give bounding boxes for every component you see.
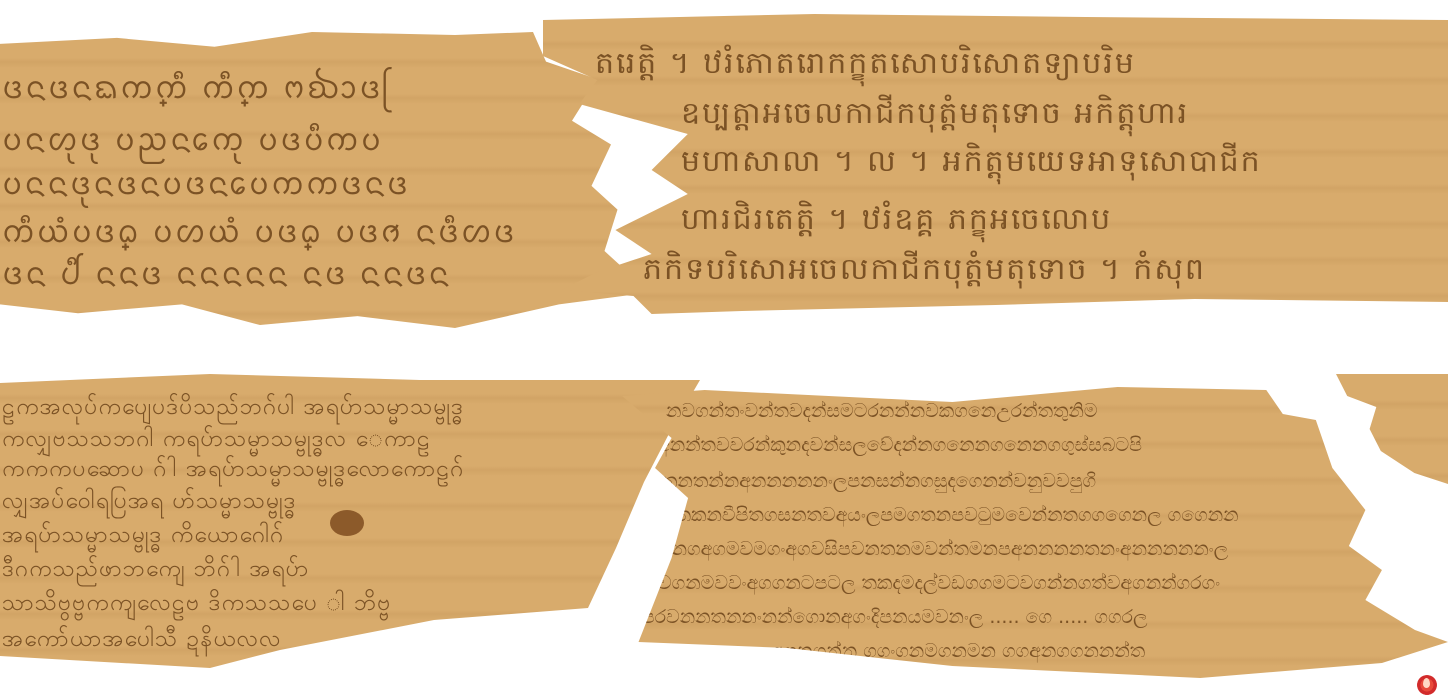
manuscript-line: ភកិទបរិសោអចេលកាជីកបុត្តំមតុទោច ។ កំសុព (643, 250, 1206, 294)
red-seal-icon (1417, 675, 1437, 695)
manuscript-line: ගතකනවීපිතගසනතවඅයංලපමගතනපවටුමවෙන්නතගගගෙනල… (662, 504, 1239, 526)
manuscript-line: តរេត្តិ ។ ឋរំភោតរោកក្ខុតសោបរិសោតទ្យាបរិម (595, 44, 1136, 88)
manuscript-line: ហារជិរតេត្តិ ។ ឋរំឧគ្គ ភក្ខុអចេលោប (681, 200, 1112, 244)
manuscript-line: មហាសាលា ។ ល ។ អកិត្តុមយេទអាទុសោបាជីក (681, 142, 1262, 186)
manuscript-line: වගනමවවංඅගගනටපටල තකදමදල්වඩගගමටවගන්නගත්වඅග… (658, 572, 1220, 594)
manuscript-line: තනතන්නඅනනනනනංලපනසන්නගසුදගෙනන්වනුවවපුගි (662, 470, 1096, 492)
manuscript-line: අගනගන්න ගගංගනමගනමන ගගඅනගගනනන්ත (772, 640, 1145, 662)
manuscript-line: ගිනගඅගමවමගංඅගවසිපවනතනමවන්තමනපඅනනනනතනංඅනන… (658, 538, 1228, 560)
manuscript-line: လျှအပ်ဝေါရပြအရ ဟ်သမ္မာသမ္ဗုဒ္ဓ (2, 486, 297, 520)
manuscript-line: အရပ်ာသမ္မာသမ္ဗုဒ္ဓ ကိယောဂေါဂ် (2, 520, 284, 554)
manuscript-leaf-khmer: តរេត្តិ ។ ឋរំភោតរោកក្ខុតសោបរិសោតទ្យាបរិម… (543, 14, 1448, 314)
manuscript-line: ᨷᨶᩉᩩᨴᩩ ᨷᨬᨶᩮᨠᩩ ᨷᨴᨷᩥᨠᨷ (2, 118, 383, 167)
manuscript-line: ကကကပဆောပ ဂ်ါ အရပ်ာသမ္မာသမ္ဗုဒ္ဓလောကောဠဂ် (2, 454, 464, 488)
manuscript-line: ឧប្បត្តាអចេលកាជីកបុត្តំមតុទោច អកិត្តុហារ (681, 94, 1189, 138)
ink-blot (330, 510, 364, 536)
manuscript-line: အကော်ယာအပေါသီ ဍနိယလလ (2, 624, 282, 658)
manuscript-line: သာသိဗွဗ္ဗကကျလေဠဗ ဒိကသသပေ ါ ဘိဗ္ဗ (2, 588, 391, 622)
manuscript-leaf-burmese: ဠကအလုပ်ကပျေပဒ်ပိသည်ဘဂ်ပါ အရပ်ာသမ္မာသမ္ဗု… (0, 368, 700, 668)
manuscript-leaf-sinhala: නවගන්තංවන්තවදන්සමටරනන්නවකගනෙඋරන්තතුනිම අ… (622, 378, 1448, 678)
manuscript-line: ကလျှဗသသဘဂါ ကရပ်ာသမ္မာသမ္ဗုဒ္ဓလ ေကာဠ (2, 424, 431, 458)
manuscript-line: ᨷᨶᨶᨴᩩᨶᨴᨶᨷᨴᨶᩮᨷᨠᨠᨴᨶᨴ (2, 162, 410, 211)
manuscript-leaf-tai-tham: ᨴᨶᨴᨶᨳᨠ᩠ᨠᩥ ᨠᩥ᩠ᨠ ᨻᨫᩣᨴᩕ ᨷᨶᩉᩩᨴᩩ ᨷᨬᨶᩮᨠᩩ ᨷᨴᨷᩥᨠ… (0, 32, 650, 328)
manuscript-line: ဠကအလုပ်ကပျေပဒ်ပိသည်ဘဂ်ပါ အရပ်ာသမ္မာသမ္ဗု… (2, 392, 464, 426)
manuscript-line: නවගන්තංවන්තවදන්සමටරනන්නවකගනෙඋරන්තතුනිම (666, 400, 1098, 422)
manuscript-line: අනන්තවවරන්කුනදවන්සලවේදන්නගනෙනගනෙනගගුස්සබ… (658, 434, 1142, 456)
manuscript-line: ဒီဂကသည်ဖာဘကျေ ဘိဂ်ါ အရပ်ာ (2, 554, 309, 588)
manuscript-line: ᨴᨶᨴᨶᨳᨠ᩠ᨠᩥ ᨠᩥ᩠ᨠ ᨻᨫᩣᨴᩕ (2, 66, 392, 115)
manuscript-line: ᨴᨶ ᨸᩥ ᨶᨶᨴ ᨶᨶᨶᨶᨶ ᨶᨴ ᨶᨶᨴᨶ (2, 252, 451, 301)
manuscript-line: අපරවනනතනනංනන්ගොනඅගංදිපනයමවනංල ..... ගෙ .… (630, 606, 1148, 628)
manuscript-fragment-small (1336, 374, 1448, 484)
